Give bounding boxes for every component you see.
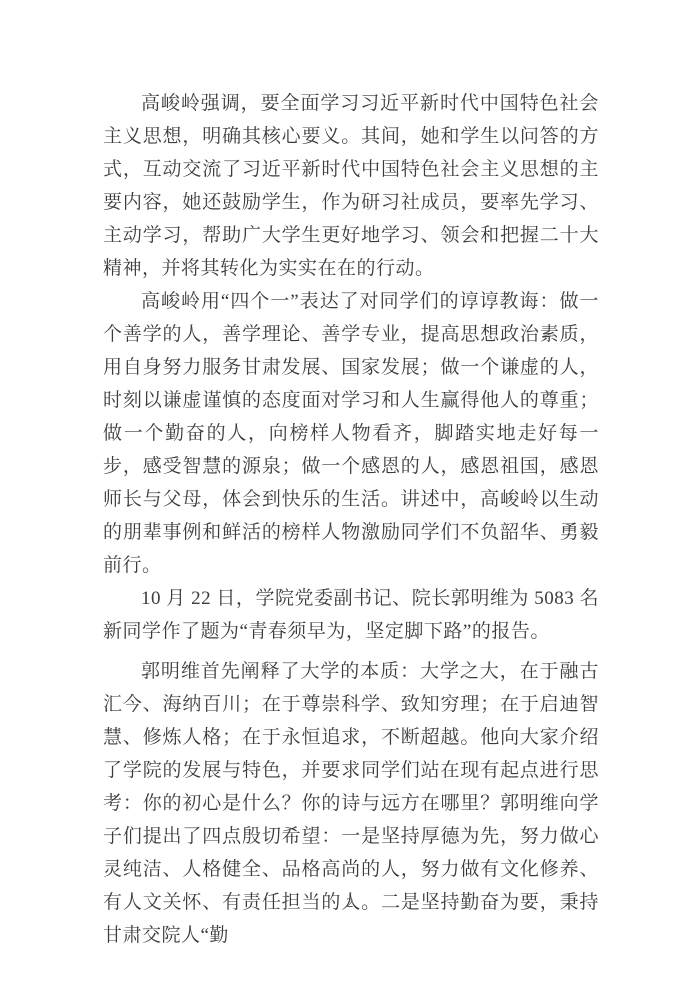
paragraph: 10 月 22 日，学院党委副书记、院长郭明维为 5083 名新同学作了题为“青… [103, 582, 599, 648]
page-number: 2 [0, 896, 700, 912]
document-body: 高峻岭强调，要全面学习习近平新时代中国特色社会主义思想，明确其核心要义。其间，她… [103, 87, 599, 952]
paragraph: 高峻岭用“四个一”表达了对同学们的谆谆教诲：做一个善学的人，善学理论、善学专业，… [103, 285, 599, 582]
paragraph: 高峻岭强调，要全面学习习近平新时代中国特色社会主义思想，明确其核心要义。其间，她… [103, 87, 599, 285]
document-page: 高峻岭强调，要全面学习习近平新时代中国特色社会主义思想，明确其核心要义。其间，她… [0, 0, 700, 990]
